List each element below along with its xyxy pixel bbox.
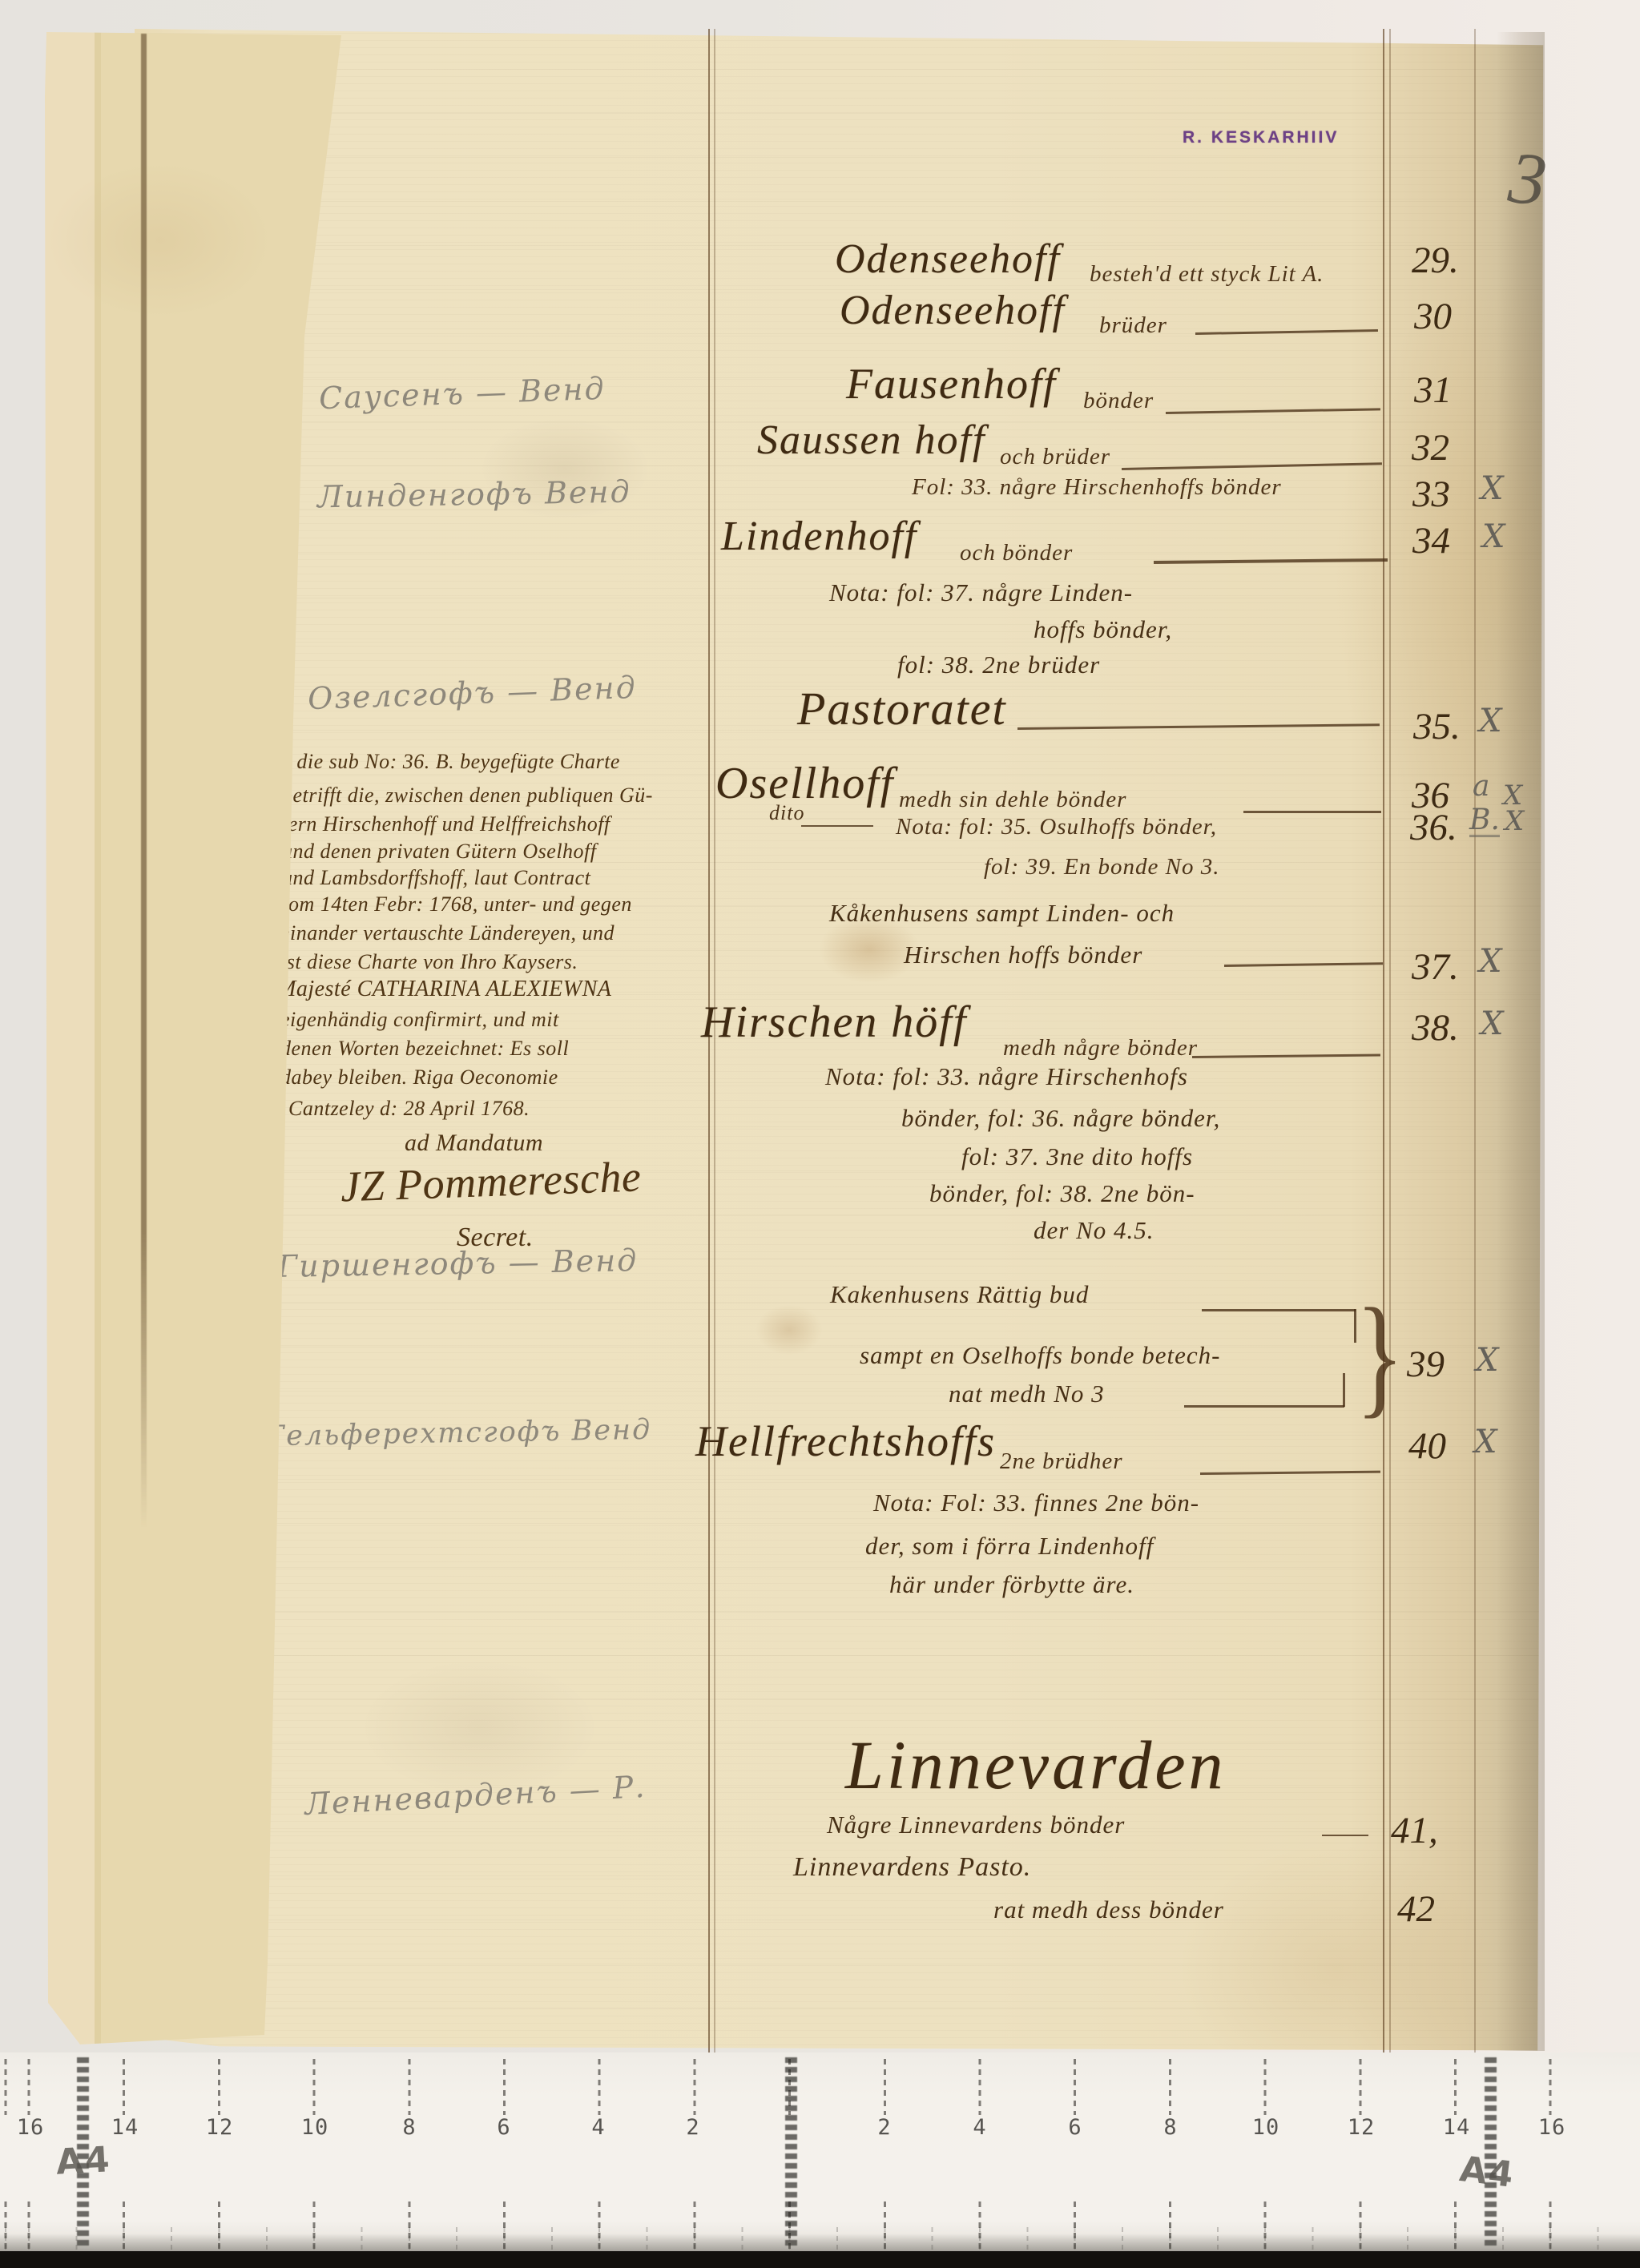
row39-line1: Kakenhusens Rättig bud bbox=[830, 1282, 1089, 1307]
row40-x-mark: X bbox=[1474, 1426, 1497, 1458]
row36b-x-mark: X bbox=[1505, 808, 1524, 835]
nota38-line5: der No 4.5. bbox=[1034, 1218, 1154, 1243]
ink-note-line-7: einander vertauschte Ländereyen, und bbox=[280, 923, 614, 944]
row30-name: Odenseehoff bbox=[840, 290, 1066, 332]
folio-column-line-a bbox=[1383, 29, 1384, 2052]
row42-folio: 42 bbox=[1397, 1891, 1435, 1928]
ruler-number-right-6: 6 bbox=[1058, 2115, 1093, 2140]
row34-detail: och bönder bbox=[960, 542, 1073, 565]
row39-connector-bottom bbox=[1184, 1405, 1344, 1408]
row34-name: Lindenhoff bbox=[721, 516, 917, 558]
ink-note-line-9: Majesté CATHARINA ALEXIEWNA bbox=[277, 978, 611, 1001]
scanned-archive-page: { "scan": { "stamp": "R. KESKARHIIV", "c… bbox=[0, 0, 1640, 2268]
row29-folio: 29. bbox=[1412, 242, 1459, 280]
row36a-detail: medh sin dehle bönder bbox=[899, 788, 1126, 812]
nota34-line2: hoffs bönder, bbox=[1034, 617, 1172, 642]
row38-name: Hirschen höff bbox=[701, 1000, 967, 1045]
row35-name: Pastoratet bbox=[797, 686, 1007, 732]
nota40-line2: der, som i förra Lindenhoff bbox=[865, 1533, 1154, 1558]
row37-folio: 37. bbox=[1412, 949, 1459, 986]
row36b-suffix-pencil: B. bbox=[1469, 806, 1500, 837]
scan-bottom-shadow bbox=[0, 2234, 1640, 2251]
ruler-number-right-2: 2 bbox=[867, 2115, 902, 2140]
row37-line1: Kåkenhusens sampt Linden- och bbox=[829, 900, 1175, 925]
row40-name: Hellfrechtshoffs bbox=[695, 1420, 996, 1463]
scan-bottom-black-edge bbox=[0, 2251, 1640, 2268]
archive-stamp: R. KESKARHIIV bbox=[1183, 128, 1339, 147]
ink-note-line-6: vom 14ten Febr: 1768, unter- und gegen bbox=[279, 894, 632, 915]
nota38-line1: Nota: fol: 33. någre Hirschenhofs bbox=[825, 1064, 1188, 1089]
nota38-line4: bönder, fol: 38. 2ne bön- bbox=[929, 1181, 1195, 1206]
row37-x-mark: X bbox=[1479, 945, 1501, 977]
row33-folio: 33 bbox=[1412, 476, 1450, 514]
ruler-number-right-4: 4 bbox=[962, 2115, 997, 2140]
ruler-number-right-8: 8 bbox=[1153, 2115, 1188, 2140]
ruler-number-left-4: 4 bbox=[581, 2115, 616, 2140]
ruler-label-a4-right: A4 bbox=[1457, 2149, 1517, 2196]
row36b-folio: 36. bbox=[1410, 809, 1457, 847]
row33-text: Fol: 33. någre Hirschenhoffs bönder bbox=[912, 476, 1282, 499]
ruler-number-right-14: 14 bbox=[1439, 2115, 1474, 2140]
ruler-smudge-center bbox=[785, 2057, 797, 2248]
ruler-number-left-12: 12 bbox=[202, 2115, 237, 2140]
ruler-label-a4-left: A4 bbox=[55, 2139, 112, 2183]
row41-text: Någre Linnevardens bönder bbox=[827, 1812, 1125, 1837]
row32-folio: 32 bbox=[1412, 429, 1449, 467]
row36a-line bbox=[1243, 811, 1381, 813]
ruler-number-left-8: 8 bbox=[392, 2115, 427, 2140]
ruler-number-right-16: 16 bbox=[1534, 2115, 1569, 2140]
fold-line bbox=[141, 34, 147, 1528]
pencil-note-lindengof: Линденгофъ Венд bbox=[317, 477, 631, 513]
row33-x-mark: X bbox=[1481, 473, 1503, 505]
ruler-number-left-14: 14 bbox=[107, 2115, 143, 2140]
row40-detail: 2ne brüdher bbox=[1000, 1450, 1123, 1473]
row34-folio: 34 bbox=[1412, 522, 1450, 560]
row31-folio: 31 bbox=[1414, 372, 1452, 409]
row30-folio: 30 bbox=[1414, 298, 1452, 336]
row38-detail: medh någre bönder bbox=[1003, 1037, 1198, 1060]
ruler-upper-ticks bbox=[0, 2059, 1640, 2115]
page-right-edge-shading bbox=[1497, 32, 1545, 2051]
row30-detail: brüder bbox=[1099, 314, 1167, 337]
ruler-number-left-6: 6 bbox=[486, 2115, 522, 2140]
row31-name: Fausenhoff bbox=[846, 362, 1057, 405]
row39-line3: nat medh No 3 bbox=[949, 1381, 1105, 1406]
row36b-line2: fol: 39. En bonde No 3. bbox=[984, 856, 1219, 879]
row35-folio: 35. bbox=[1413, 708, 1461, 746]
row29-detail: besteh'd ett styck Lit A. bbox=[1090, 263, 1324, 286]
row39-connector-top bbox=[1202, 1309, 1356, 1311]
ink-note-line-5: und Lambsdorffshoff, laut Contract bbox=[282, 868, 590, 888]
row39-folio: 39 bbox=[1407, 1346, 1445, 1384]
ink-note-line-4: und denen privaten Gütern Oselhoff bbox=[282, 841, 597, 862]
row42-line2: rat medh dess bönder bbox=[993, 1897, 1224, 1922]
ink-note-line-8: ist diese Charte von Ihro Kaysers. bbox=[280, 952, 578, 973]
row36a-name: Osellhoff bbox=[715, 761, 894, 806]
ink-note-ad-mandatum: ad Mandatum bbox=[405, 1131, 543, 1155]
folio-column-line-b bbox=[1389, 29, 1391, 2052]
nota40-line1: Nota: Fol: 33. finnes 2ne bön- bbox=[873, 1490, 1199, 1515]
ruler-number-left-2: 2 bbox=[675, 2115, 711, 2140]
ruler-number-left-16: 16 bbox=[13, 2115, 48, 2140]
row38-folio: 38. bbox=[1412, 1009, 1459, 1047]
row37-line2: Hirschen hoffs bönder bbox=[904, 942, 1142, 967]
ink-note-line-11: denen Worten bezeichnet: Es soll bbox=[280, 1038, 569, 1059]
ruler-number-right-10: 10 bbox=[1248, 2115, 1283, 2140]
row41-folio: 41, bbox=[1391, 1812, 1438, 1850]
ink-note-secret: Secret. bbox=[457, 1224, 534, 1251]
nota34-line1: Nota: fol: 37. någre Linden- bbox=[829, 580, 1133, 605]
row39-brace: } bbox=[1356, 1288, 1404, 1423]
row32-detail: och brüder bbox=[1000, 445, 1110, 469]
section-title-linnevarden: Linnevarden bbox=[845, 1730, 1227, 1799]
ink-note-signature: JZ Pommeresche bbox=[340, 1154, 642, 1208]
nota40-line3: här under förbytte äre. bbox=[889, 1572, 1134, 1597]
pencil-note-gelferehtsgof: Гельферехтсгофъ Венд bbox=[266, 1416, 652, 1451]
ink-note-line-3: tern Hirschenhoff und Helffreichshoff bbox=[282, 814, 610, 835]
nota34-line3: fol: 38. 2ne brüder bbox=[897, 652, 1100, 677]
ink-note-line-13: Cantzeley d: 28 April 1768. bbox=[288, 1098, 530, 1119]
row41-dash bbox=[1322, 1835, 1368, 1836]
row40-folio: 40 bbox=[1408, 1428, 1446, 1465]
row36a-dito-line bbox=[801, 825, 873, 827]
folio-column-right-line bbox=[1474, 29, 1476, 2052]
row39-x-mark: X bbox=[1476, 1344, 1498, 1376]
nota38-line3: fol: 37. 3ne dito hoffs bbox=[961, 1144, 1193, 1169]
row36a-dito: dito bbox=[769, 803, 804, 824]
row42-line1: Linnevardens Pasto. bbox=[793, 1854, 1031, 1881]
ink-note-line-10: eigenhändig confirmirt, und mit bbox=[280, 1009, 559, 1030]
ink-note-line-2: betrifft die, zwischen denen publiquen G… bbox=[282, 785, 653, 806]
row32-name: Saussen hoff bbox=[757, 420, 985, 461]
ink-note-line-12: dabey bleiben. Riga Oeconomie bbox=[280, 1067, 558, 1088]
row39-line2: sampt en Oselhoffs bonde betech- bbox=[860, 1343, 1220, 1368]
row35-x-mark: X bbox=[1479, 705, 1501, 737]
row29-name: Odenseehoff bbox=[835, 239, 1061, 280]
row31-detail: bönder bbox=[1083, 389, 1154, 413]
row38-x-mark: X bbox=[1481, 1008, 1503, 1040]
ruler-number-right-12: 12 bbox=[1344, 2115, 1379, 2140]
ink-note-line-1: B. die sub No: 36. B. beygefügte Charte bbox=[272, 751, 620, 772]
row39-corner-bottom bbox=[1343, 1373, 1345, 1407]
ruler-number-left-10: 10 bbox=[297, 2115, 332, 2140]
nota38-line2: bönder, fol: 36. någre bönder, bbox=[901, 1106, 1220, 1130]
row36a-suffix-pencil: a bbox=[1473, 772, 1489, 801]
row36b-line1: Nota: fol: 35. Osulhoffs bönder, bbox=[896, 816, 1217, 839]
row34-x-mark: X bbox=[1482, 521, 1505, 553]
